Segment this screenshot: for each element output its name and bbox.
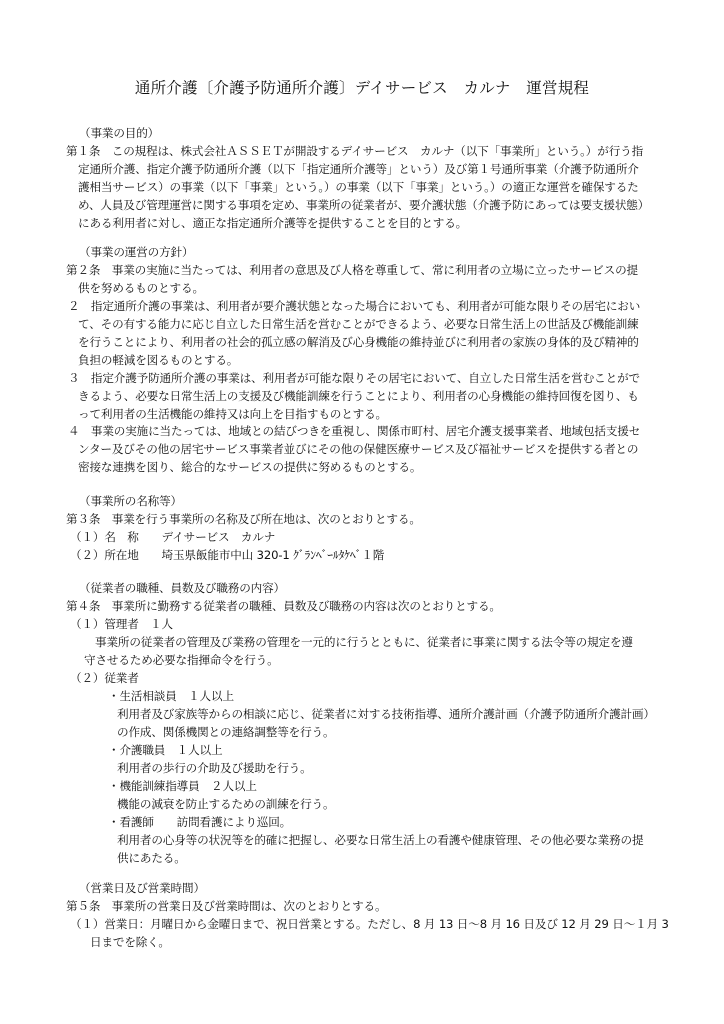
article-4-staff-role: ・生活相談員 １人以上: [108, 689, 234, 703]
article-4-line: 守させるため必要な指揮命令を行う。: [84, 653, 279, 667]
article-4-line: 第４条 事業所に勤務する従業者の職種、員数及び職務の内容は次のとおりとする。: [66, 599, 501, 613]
article-2-line: ンター及びその他の居宅サービス事業者並びにその他の保健医療サービス及び福祉サービ…: [78, 442, 638, 456]
article-2-line: きるよう、必要な日常生活上の支援及び機能訓練を行うことにより、利用者の心身機能の…: [78, 389, 639, 403]
article-2-line: て、その有する能力に応じ自立した日常生活を営むことができるよう、必要な日常生活上…: [78, 317, 639, 331]
article-1-line: 第１条 この規程は、株式会社ＡＳＳＥＴが開設するデイサービス カルナ（以下「事業…: [66, 144, 643, 158]
article-4-staff-role: ・介護職員 １人以上: [108, 743, 222, 757]
article-2-line: を行うことにより、利用者の社会的孤立感の解消及び心身機能の維持並びに利用者の家族…: [78, 335, 639, 349]
article-4-line: の作成、関係機関との連絡調整等を行う。: [117, 725, 334, 739]
document-title: 通所介護〔介護予防通所介護〕デイサービス カルナ 運営規程: [0, 76, 724, 98]
article-3-item-address: （２）所在地 埼玉県飯能市中山 320-1 ｸﾞﾗﾝﾍﾞｰﾙﾀｹﾍﾞ１階: [70, 548, 384, 562]
article-4-line: 供にあたる。: [117, 851, 186, 865]
article-4-staff-role: ・機能訓練指導員 ２人以上: [108, 779, 257, 793]
article-5-line: 第５条 事業所の営業日及び営業時間は、次のとおりとする。: [66, 899, 386, 913]
article-1-line: 護相当サービス）の事業（以下「事業」という。）の事業（以下「事業」という。）の適…: [78, 180, 639, 194]
article-5-heading: （営業日及び営業時間）: [79, 881, 205, 895]
article-2-line: 供を努めるものとする。: [78, 281, 204, 295]
article-4-line: 利用者の歩行の介助及び援助を行う。: [117, 761, 312, 775]
article-2-line: 密接な連携を図り、総合的なサービスの提供に努めるものとする。: [78, 460, 421, 474]
article-2-line: 第２条 事業の実施に当たっては、利用者の意思及び人格を尊重して、常に利用者の立場…: [66, 263, 638, 277]
article-4-item-staff: （２）従業者: [70, 671, 139, 685]
article-2-heading: （事業の運営の方針）: [79, 245, 193, 259]
article-3-line: 第３条 事業を行う事業所の名称及び所在地は、次のとおりとする。: [66, 512, 421, 526]
article-4-line: 機能の減衰を防止するための訓練を行う。: [117, 797, 334, 811]
article-4-heading: （従業者の職種、員数及び職務の内容）: [79, 581, 285, 595]
article-4-line: 利用者及び家族等からの相談に応じ、従業者に対する技術指導、通所介護計画（介護予防…: [117, 707, 655, 721]
article-2-paragraph-3: ３ 指定介護予防通所介護の事業は、利用者が可能な限りその居宅において、自立した日…: [68, 371, 640, 385]
article-5-line: 日までを除く。: [90, 935, 170, 949]
article-4-item-manager: （１）管理者 １人: [70, 617, 173, 631]
article-4-line: 事業所の従業者の管理及び業務の管理を一元的に行うとともに、従業者に事業に関する法…: [95, 635, 633, 649]
article-2-paragraph-4: ４ 事業の実施に当たっては、地域との結びつきを重視し、関係市町村、居宅介護支援事…: [68, 424, 640, 438]
article-4-line: 利用者の心身等の状況等を的確に把握し、必要な日常生活上の看護や健康管理、その他必…: [117, 833, 643, 847]
article-5-item-business-days: （１）営業日：月曜日から金曜日まで、祝日営業とする。ただし、8 月 13 日～8…: [70, 917, 669, 931]
article-1-line: め、人員及び管理運営に関する事項を定め、事業所の従業者が、要介護状態（介護予防に…: [78, 198, 649, 212]
article-3-heading: （事業所の名称等）: [79, 494, 182, 508]
article-1-line: 定通所介護、指定介護予防通所介護（以下「指定通所介護等」という）及び第１号通所事…: [78, 162, 639, 176]
article-2-line: 負担の軽減を図るものとする。: [78, 353, 238, 367]
article-1-line: にある利用者に対し、適正な指定通所介護等を提供することを目的とする。: [78, 216, 467, 230]
article-4-staff-role: ・看護師 訪問看護により巡回。: [108, 815, 291, 829]
document-page: 通所介護〔介護予防通所介護〕デイサービス カルナ 運営規程 （事業の目的） 第１…: [0, 0, 724, 1024]
article-2-paragraph-2: ２ 指定通所介護の事業は、利用者が要介護状態となった場合においても、利用者が可能…: [68, 299, 640, 313]
article-3-item-name: （１）名 称 デイサービス カルナ: [70, 530, 275, 544]
article-1-heading: （事業の目的）: [79, 126, 159, 140]
article-2-line: って利用者の生活機能の維持又は向上を目指すものとする。: [78, 407, 387, 421]
